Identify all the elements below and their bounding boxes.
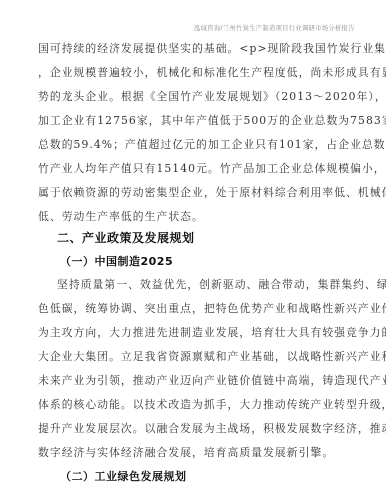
text-line: 未来产业为引领，推动产业迈向产业链价值链中高端，铸造现代产业 [38,373,386,388]
text-line: 属于依赖资源的劳动密集型企业，处于原材料综合利用率低、机械化程度 [38,185,386,200]
section-heading: 二、产业政策及发展规划 [57,229,195,246]
text-line: 竹产业人均年产值只有15140元。竹产品加工企业总体规模偏小，企业普遍 [38,161,386,176]
text-line: 大企业大集团。立足我省资源禀赋和产业基础，以战略性新兴产业和 [38,349,386,364]
text-line: 国可持续的经济发展提供坚实的基础。<p>现阶段我国竹炭行业集中度较低 [38,41,386,56]
page-header: 泓域咨询/兰州竹炭生产制造项目行业调研市场分析报告 [194,23,355,32]
text-line: 总数的59.4%；产值超过亿元的加工企业只有101家，占企业总数的0.8%， [38,137,386,152]
text-line: 坚持质量第一、效益优先，创新驱动、融合带动，集群集约、绿 [57,277,386,292]
text-line: 加工企业有12756家，其中年产值低于500万的企业总数为7583家，占企业 [38,113,386,128]
text-line: 势的龙头企业。根据《全国竹产业发展规划》（2013～2020年），全国竹 [38,89,386,104]
text-line: 数字经济与实体经济融合发展，培育高质量发展新引擎。 [38,445,334,460]
text-line: 低、劳动生产率低的生产状态。 [38,209,204,224]
text-line: 体系的核心动能。以技术改造为抓手，大力推动传统产业转型升级， [38,397,386,412]
text-line: 为主攻方向，大力推进先进制造业发展，培育壮大具有较强竞争力的 [38,325,386,340]
subsection-heading-2: （二）工业绿色发展规划 [60,468,187,484]
subsection-heading: （一）中国制造2025 [60,253,173,269]
text-line: ，企业规模普遍较小，机械化和标准化生产程度低，尚未形成具有显著优 [38,65,386,80]
text-line: 色低碳，统筹协调、突出重点，把特色优势产业和战略性新兴产业作 [38,301,386,316]
text-line: 提升产业发展层次。以融合发展为主战场，积极发展数字经济，推动 [38,421,386,436]
